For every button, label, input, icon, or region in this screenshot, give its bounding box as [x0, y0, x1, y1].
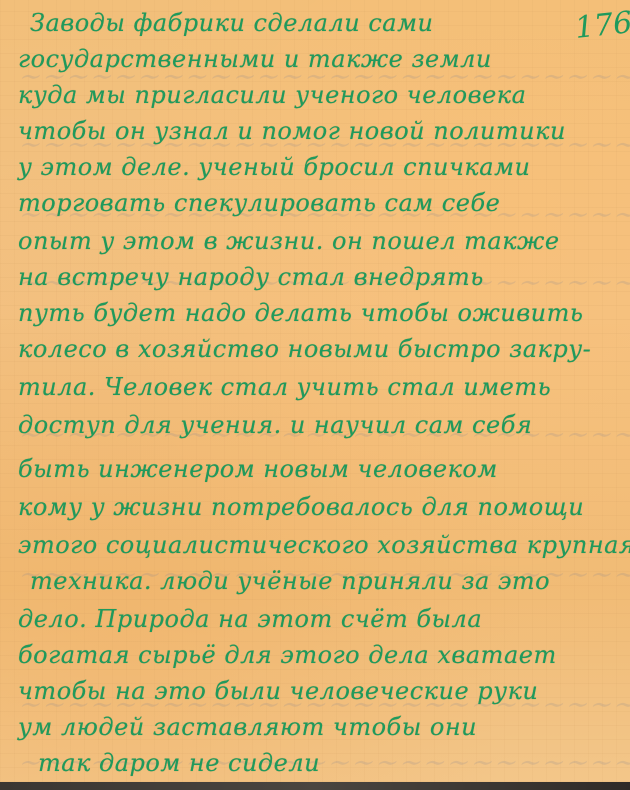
text-line: куда мы пригласили ученого человека [18, 80, 526, 110]
manuscript-page: ~~~~~~~~~~~~~~~~~~~~~~~~~~~~~~~ ~~~~~~~~… [0, 0, 630, 782]
page-number: 176 [573, 5, 630, 46]
text-line: техника. люди учёные приняли за это [30, 566, 550, 596]
text-line: кому у жизни потребовалось для помощи [18, 492, 584, 522]
text-line: торговать спекулировать сам себе [18, 188, 500, 218]
text-line: ум людей заставляют чтобы они [18, 712, 477, 742]
text-line: чтобы он узнал и помог новой политики [18, 116, 566, 146]
text-line: на встречу народу стал внедрять [18, 262, 484, 292]
text-line: богатая сырьё для этого дела хватает [18, 640, 557, 670]
text-line: опыт у этом в жизни. он пошел также [18, 226, 560, 256]
text-line: так даром не сидели [38, 748, 320, 778]
text-line: чтобы на это были человеческие руки [18, 676, 538, 706]
text-line: дело. Природа на этот счёт была [18, 604, 482, 634]
text-line: тила. Человек стал учить стал иметь [18, 372, 551, 402]
text-line: путь будет надо делать чтобы оживить [18, 298, 583, 328]
scan-background-edge [0, 782, 630, 790]
text-line: Заводы фабрики сделали сами [30, 8, 433, 38]
text-line: доступ для учения. и научил сам себя [18, 410, 532, 440]
text-line: колесо в хозяйство новыми быстро закру- [18, 334, 591, 364]
text-line: этого социалистического хозяйства крупна… [18, 530, 630, 560]
text-line: у этом деле. ученый бросил спичками [18, 152, 530, 182]
text-line: государственными и также земли [18, 44, 492, 74]
text-line: быть инженером новым человеком [18, 454, 498, 484]
